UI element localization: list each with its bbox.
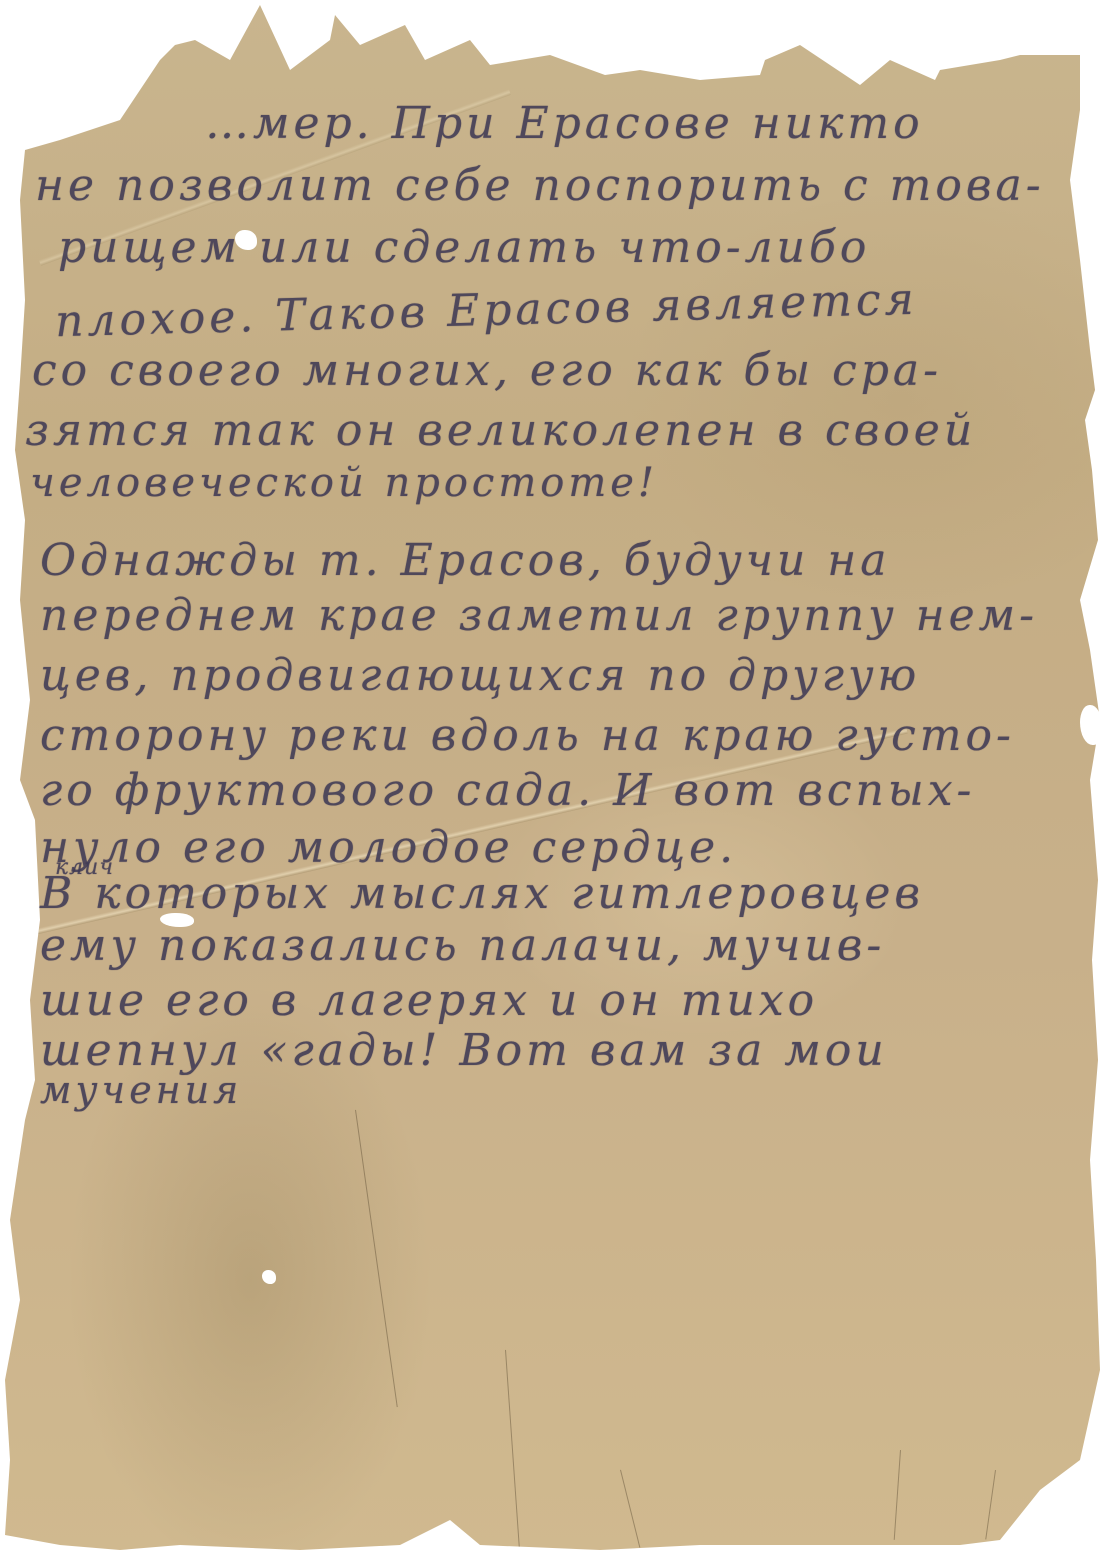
text-line: зятся так он великолепен в своей — [25, 405, 976, 456]
text-line: Однажды т. Ерасов, будучи на — [40, 535, 891, 586]
text-line: плохое. Таков Ерасов является — [54, 274, 918, 348]
text-line: …мер. При Ерасове никто — [205, 98, 924, 149]
handwritten-text: …мер. При Ерасове никто не позволит себе… — [0, 0, 1102, 1555]
text-line: сторону реки вдоль на краю густо- — [40, 710, 1015, 761]
text-line: человеческой простоте! — [30, 460, 658, 506]
text-line: рищем или сделать что-либо — [58, 222, 870, 273]
text-line: нуло его молодое сердце. — [40, 822, 737, 873]
text-line: переднем крае заметил группу нем- — [40, 590, 1038, 641]
text-line: го фруктового сада. И вот вспых- — [40, 765, 975, 816]
text-line: не позволит себе поспорить с това- — [35, 160, 1045, 211]
text-line: со своего многих, его как бы сра- — [32, 345, 942, 396]
text-line: цев, продвигающихся по другую — [40, 650, 920, 701]
text-line: шие его в лагерях и он тихо — [40, 975, 818, 1026]
text-line: мучения — [40, 1068, 242, 1112]
text-line: В которых мыслях гитлеровцев — [40, 868, 924, 919]
text-line: ему показались палачи, мучив- — [40, 920, 885, 971]
